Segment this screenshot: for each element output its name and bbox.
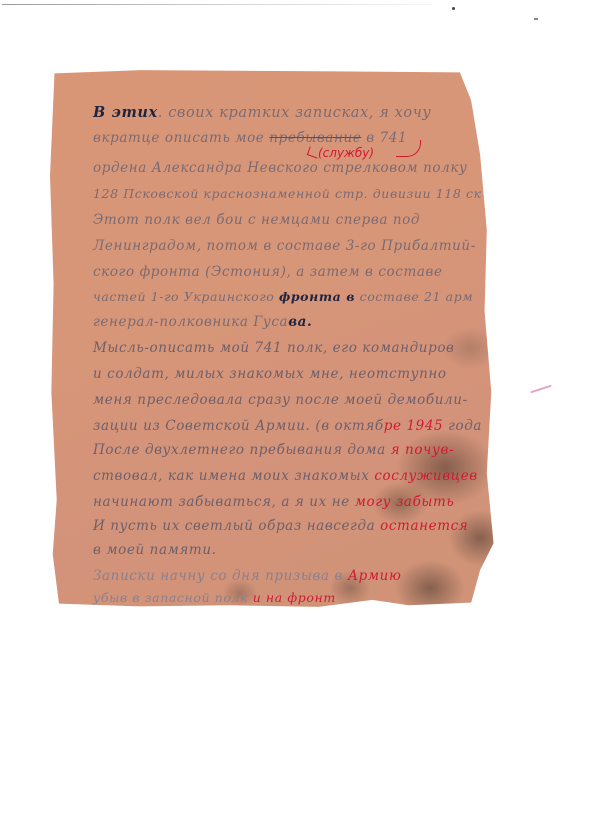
text-line-18: в моей памяти. (93, 542, 217, 558)
line-segment: ордена Александра Невского стрелковом по… (93, 160, 467, 176)
line-segment: частей 1-го Украинского (93, 289, 279, 304)
text-line-6: Ленинградом, потом в составе 3-го Прибал… (93, 238, 476, 254)
line-segment: убыв в запасной полк (93, 590, 253, 605)
text-line-3: ордена Александра Невского стрелковом по… (93, 160, 467, 176)
text-line-13: зации из Советской Армии. (в октябре 194… (93, 418, 482, 434)
text-line-9: генерал-полковника Гусава. (93, 314, 312, 330)
text-line-10: Мысль-описать мой 741 полк, его командир… (93, 340, 455, 356)
line-segment: года (443, 418, 482, 434)
line-segment: . своих кратких записках, я хочу (158, 105, 432, 121)
line-segment: вкратце описать мое (93, 130, 269, 146)
line-segment: и солдат, милых знакомых мне, неотступно (93, 366, 447, 382)
text-line-15: ствовал, как имена моих знакомых сослужи… (93, 468, 478, 484)
scan-edge-line (2, 4, 432, 5)
line-segment: в моей памяти. (93, 542, 217, 558)
red-correction: я почув- (391, 442, 455, 458)
red-correction: и на фронт (253, 590, 336, 605)
text-line-2: вкратце описать мое пребывание в 741 (93, 130, 407, 146)
line-segment: меня преследовала сразу после моей демоб… (93, 392, 468, 408)
margin-pink-mark (530, 385, 552, 394)
red-correction: могу забыть (355, 494, 455, 510)
text-line-8: частей 1-го Украинского фронта в составе… (93, 289, 473, 304)
scan-speck (452, 7, 455, 10)
text-line-11: и солдат, милых знакомых мне, неотступно (93, 366, 447, 382)
text-line-7: ского фронта (Эстония), а затем в состав… (93, 264, 443, 280)
line-segment: генерал-полковника Гуса (93, 314, 288, 330)
red-correction: ре 1945 (384, 418, 443, 434)
red-annotation-sluzhbu: (службу) (318, 146, 374, 160)
text-line-1: В этих. своих кратких записках, я хочу (93, 104, 431, 121)
text-line-14: После двухлетнего пребывания дома я почу… (93, 442, 454, 458)
line-segment: Мысль-описать мой 741 полк, его командир… (93, 340, 455, 356)
text-line-20: убыв в запасной полк и на фронт (93, 590, 336, 605)
line-segment: И пусть их светлый образ навсегда (93, 518, 380, 534)
struck-word: пребывание (269, 130, 361, 146)
red-correction: Армию (348, 568, 402, 584)
line-segment: начинают забываться, а я их не (93, 494, 355, 510)
line-segment: После двухлетнего пребывания дома (93, 442, 391, 458)
line-segment: фронта в (279, 289, 355, 304)
line-segment: Записки начну со дня призыва в (93, 568, 348, 584)
line-segment: В этих (93, 104, 158, 121)
scan-speck (534, 18, 538, 20)
text-line-17: И пусть их светлый образ навсегда остане… (93, 518, 468, 534)
text-line-16: начинают забываться, а я их не могу забы… (93, 494, 454, 510)
line-segment: Ленинградом, потом в составе 3-го Прибал… (93, 238, 476, 254)
line-segment: составе 21 арм (355, 289, 473, 304)
line-segment: ва. (288, 314, 312, 330)
line-segment: зации из Советской Армии. (в октяб (93, 418, 384, 434)
text-line-12: меня преследовала сразу после моей демоб… (93, 392, 468, 408)
text-line-19: Записки начну со дня призыва в Армию (93, 568, 401, 584)
red-correction: останется (380, 518, 468, 534)
line-segment: 128 Псковской краснознаменной стр. дивиз… (93, 186, 482, 201)
line-segment: Этот полк вел бои с немцами сперва под (93, 212, 420, 228)
red-correction: сослуживцев (374, 468, 477, 484)
text-line-5: Этот полк вел бои с немцами сперва под (93, 212, 420, 228)
text-line-4: 128 Псковской краснознаменной стр. дивиз… (93, 186, 482, 201)
line-segment: ствовал, как имена моих знакомых (93, 468, 374, 484)
line-segment: ского фронта (Эстония), а затем в состав… (93, 264, 443, 280)
